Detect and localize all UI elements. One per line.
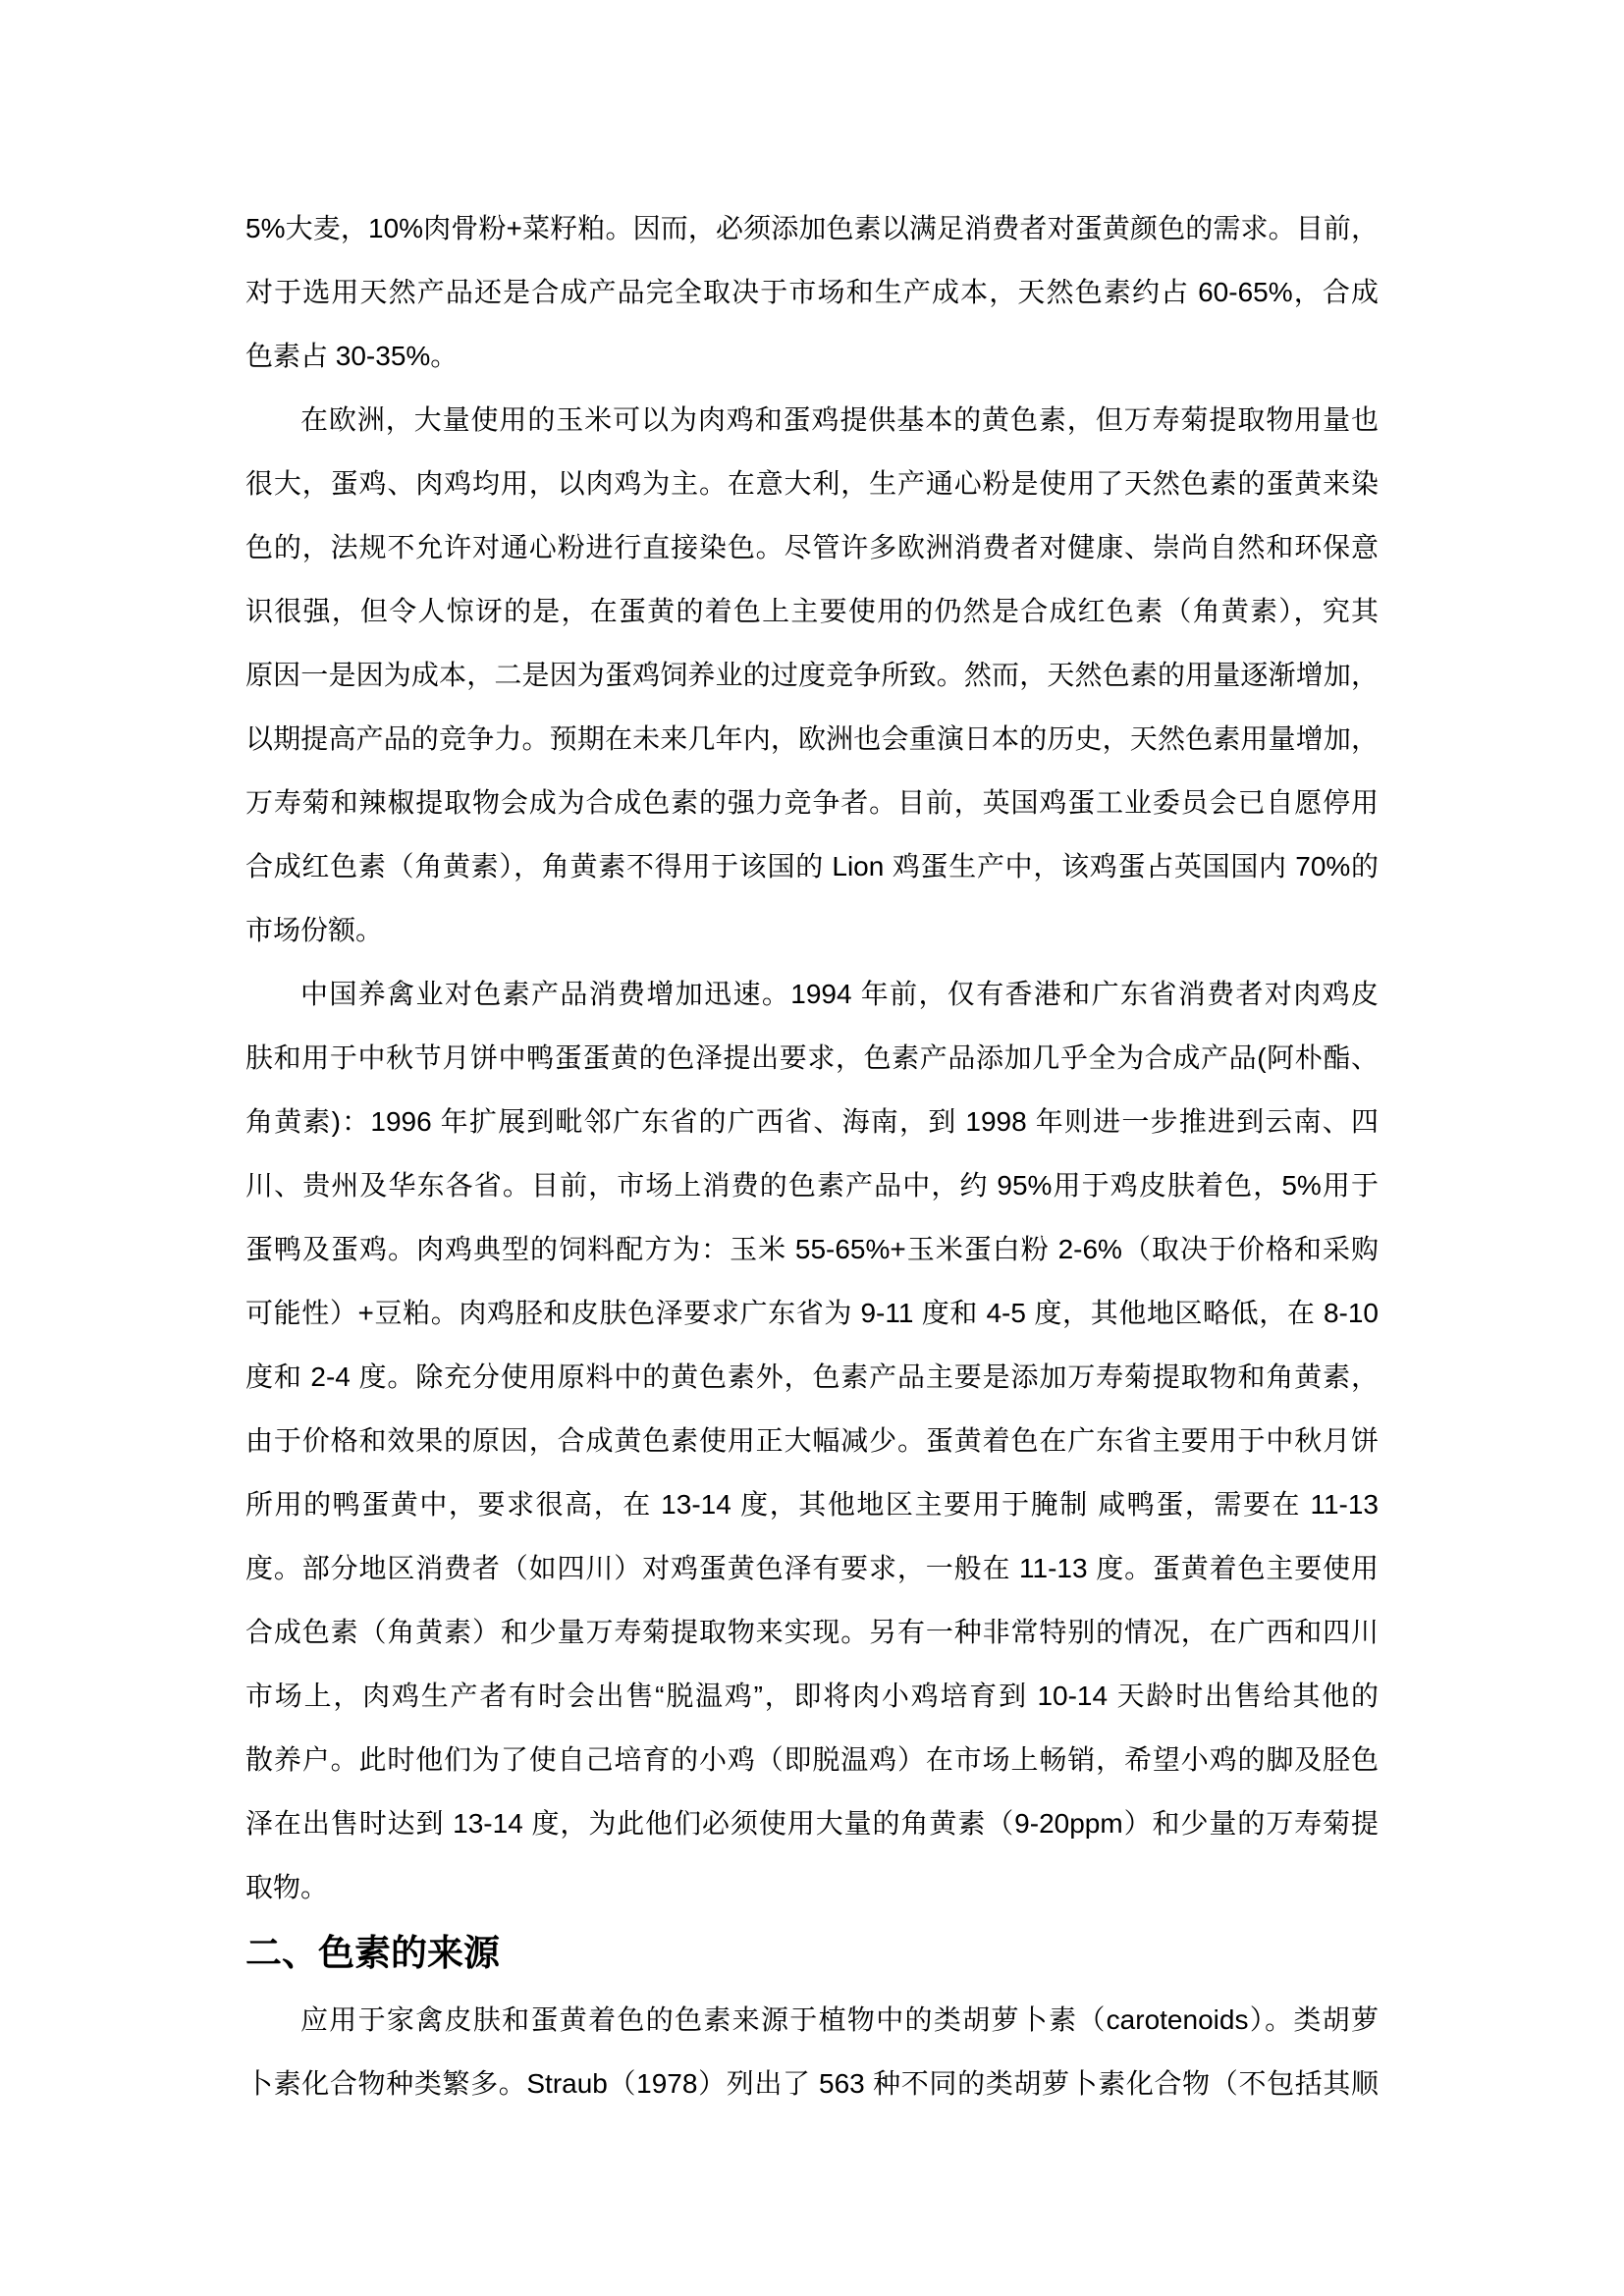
text-line: 由于价格和效果的原因，合成黄色素使用正大幅减少。蛋黄着色在广东省主要用于中秋月饼: [245, 1409, 1379, 1472]
paragraph-pigment-demand: 5%大麦，10%肉骨粉+菜籽粕。因而，必须添加色素以满足消费者对蛋黄颜色的需求。…: [245, 196, 1379, 388]
text-line: 肤和用于中秋节月饼中鸭蛋蛋黄的色泽提出要求，色素产品添加几乎全为合成产品(阿朴酯…: [245, 1026, 1379, 1090]
text-line: 以期提高产品的竞争力。预期在未来几年内，欧洲也会重演日本的历史，天然色素用量增加…: [245, 707, 1379, 771]
text-line: 合成色素（角黄素）和少量万寿菊提取物来实现。另有一种非常特别的情况，在广西和四川: [245, 1600, 1379, 1664]
text-line: 所用的鸭蛋黄中，要求很高，在 13-14 度，其他地区主要用于腌制 咸鸭蛋，需要…: [245, 1472, 1379, 1536]
text-line: 散养户。此时他们为了使自己培育的小鸡（即脱温鸡）在市场上畅销，希望小鸡的脚及胫色: [245, 1728, 1379, 1791]
text-line: 市场上，肉鸡生产者有时会出售“脱温鸡”，即将肉小鸡培育到 10-14 天龄时出售…: [245, 1664, 1379, 1728]
text-line: 应用于家禽皮肤和蛋黄着色的色素来源于植物中的类胡萝卜素（carotenoids）…: [245, 1988, 1379, 2052]
paragraph-europe: 在欧洲，大量使用的玉米可以为肉鸡和蛋鸡提供基本的黄色素，但万寿菊提取物用量也 很…: [245, 388, 1379, 962]
paragraph-pigment-sources: 应用于家禽皮肤和蛋黄着色的色素来源于植物中的类胡萝卜素（carotenoids）…: [245, 1988, 1379, 2115]
text-line: 合成红色素（角黄素），角黄素不得用于该国的 Lion 鸡蛋生产中，该鸡蛋占英国国…: [245, 834, 1379, 898]
text-line: 5%大麦，10%肉骨粉+菜籽粕。因而，必须添加色素以满足消费者对蛋黄颜色的需求。…: [245, 196, 1379, 260]
text-line: 色的，法规不允许对通心粉进行直接染色。尽管许多欧洲消费者对健康、崇尚自然和环保意: [245, 515, 1379, 579]
text-line: 市场份额。: [245, 898, 1379, 962]
text-line: 卜素化合物种类繁多。Straub（1978）列出了 563 种不同的类胡萝卜素化…: [245, 2052, 1379, 2115]
text-line: 识很强，但令人惊讶的是，在蛋黄的着色上主要使用的仍然是合成红色素（角黄素），究其: [245, 579, 1379, 643]
text-line: 在欧洲，大量使用的玉米可以为肉鸡和蛋鸡提供基本的黄色素，但万寿菊提取物用量也: [245, 388, 1379, 452]
document-page: 5%大麦，10%肉骨粉+菜籽粕。因而，必须添加色素以满足消费者对蛋黄颜色的需求。…: [0, 0, 1624, 2296]
text-line: 川、贵州及华东各省。目前，市场上消费的色素产品中，约 95%用于鸡皮肤着色，5%…: [245, 1153, 1379, 1217]
text-line: 泽在出售时达到 13-14 度，为此他们必须使用大量的角黄素（9-20ppm）和…: [245, 1791, 1379, 1855]
text-line: 可能性）+豆粕。肉鸡胫和皮肤色泽要求广东省为 9-11 度和 4-5 度，其他地…: [245, 1281, 1379, 1345]
paragraph-china: 中国养禽业对色素产品消费增加迅速。1994 年前，仅有香港和广东省消费者对肉鸡皮…: [245, 962, 1379, 1919]
section-heading: 二、色素的来源: [245, 1919, 1379, 1988]
text-line: 原因一是因为成本，二是因为蛋鸡饲养业的过度竞争所致。然而，天然色素的用量逐渐增加…: [245, 643, 1379, 707]
text-line: 角黄素)：1996 年扩展到毗邻广东省的广西省、海南，到 1998 年则进一步推…: [245, 1090, 1379, 1153]
text-line: 度。部分地区消费者（如四川）对鸡蛋黄色泽有要求，一般在 11-13 度。蛋黄着色…: [245, 1536, 1379, 1600]
text-line: 色素占 30-35%。: [245, 324, 1379, 388]
text-line: 取物。: [245, 1855, 1379, 1919]
text-line: 度和 2-4 度。除充分使用原料中的黄色素外，色素产品主要是添加万寿菊提取物和角…: [245, 1345, 1379, 1409]
text-line: 中国养禽业对色素产品消费增加迅速。1994 年前，仅有香港和广东省消费者对肉鸡皮: [245, 962, 1379, 1026]
text-line: 万寿菊和辣椒提取物会成为合成色素的强力竞争者。目前，英国鸡蛋工业委员会已自愿停用: [245, 771, 1379, 834]
text-line: 蛋鸭及蛋鸡。肉鸡典型的饲料配方为：玉米 55-65%+玉米蛋白粉 2-6%（取决…: [245, 1217, 1379, 1281]
text-line: 很大，蛋鸡、肉鸡均用，以肉鸡为主。在意大利，生产通心粉是使用了天然色素的蛋黄来染: [245, 452, 1379, 515]
text-line: 对于选用天然产品还是合成产品完全取决于市场和生产成本，天然色素约占 60-65%…: [245, 260, 1379, 324]
